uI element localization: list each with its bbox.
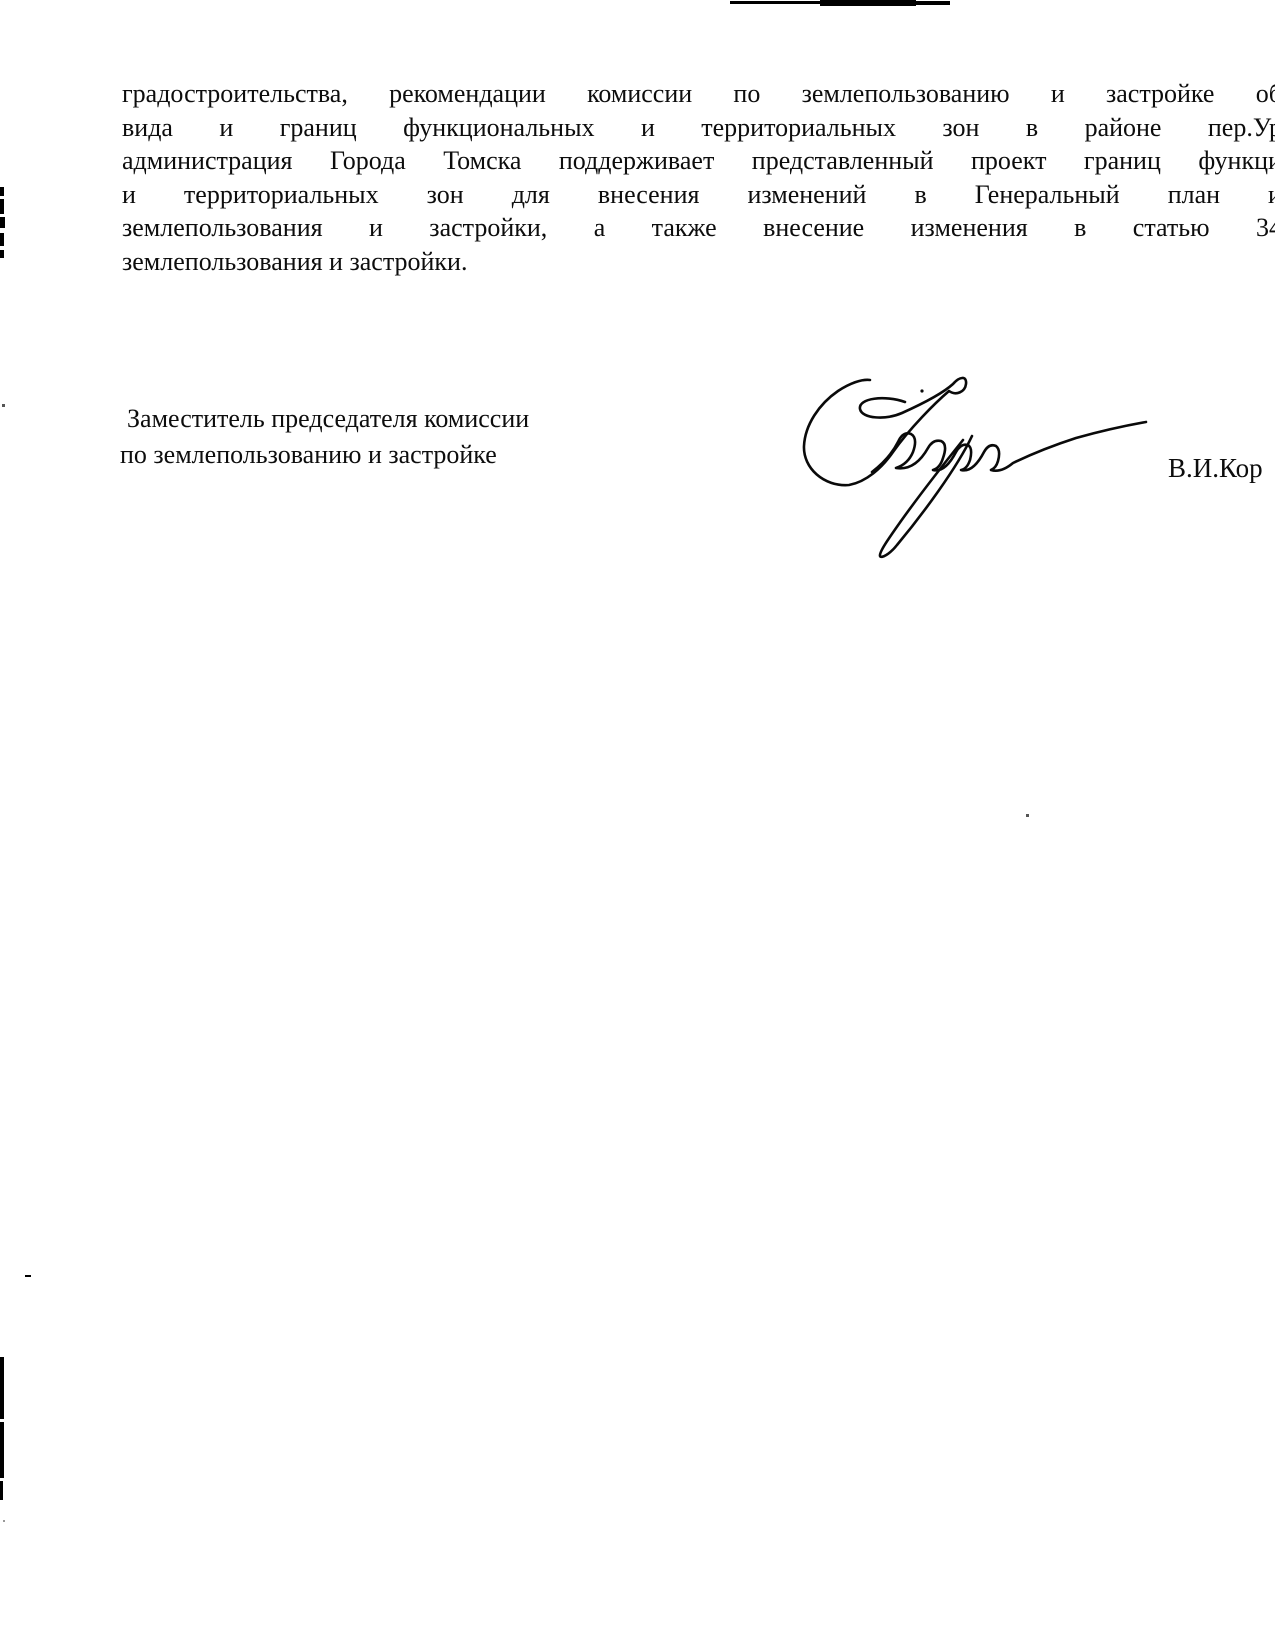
word: внесение: [763, 213, 864, 247]
word: и: [369, 213, 383, 247]
word: застройки,: [429, 213, 547, 247]
scan-artifact-speck: [25, 1275, 31, 1277]
word: администрация: [122, 146, 293, 180]
word: градостроительства,: [122, 79, 348, 113]
word: рекомендации: [389, 79, 546, 113]
word: и: [122, 180, 136, 214]
word: пер.Ур: [1208, 113, 1275, 147]
paragraph: градостроительства,рекомендациикомиссиип…: [122, 79, 1275, 281]
word: районе: [1085, 113, 1162, 147]
scan-artifact-left-bar: [0, 1422, 4, 1478]
word: функци: [1198, 146, 1275, 180]
scan-artifact-left-dash: [0, 199, 4, 214]
word: и: [1268, 180, 1275, 214]
word: функциональных: [403, 113, 594, 147]
word: 34: [1256, 213, 1275, 247]
word: изменений: [747, 180, 866, 214]
paragraph-line: градостроительства,рекомендациикомиссиип…: [122, 79, 1275, 113]
paragraph-line: землепользования и застройки.: [122, 247, 1275, 281]
line-text: землепользования и застройки.: [122, 247, 467, 281]
word: также: [652, 213, 717, 247]
scan-artifact-speck: [2, 404, 5, 407]
signer-name: В.И.Кор: [1168, 453, 1263, 484]
word: и: [1051, 79, 1065, 113]
word: границ: [280, 113, 357, 147]
word: в: [914, 180, 926, 214]
word: изменения: [911, 213, 1028, 247]
scan-artifact-top-strip: [820, 0, 916, 6]
word: а: [594, 213, 606, 247]
word: и: [641, 113, 655, 147]
word: в: [1074, 213, 1086, 247]
paragraph-line: итерриториальныхзондлявнесенияизмененийв…: [122, 180, 1275, 214]
word: проект: [971, 146, 1046, 180]
paragraph-line: администрацияГородаТомскаподдерживаетпре…: [122, 146, 1275, 180]
signer-title-line2: по землепользованию и застройке: [120, 440, 497, 470]
word: землепользования: [122, 213, 323, 247]
scan-artifact-left-dash: [0, 250, 4, 258]
scan-artifact-left-dash: [0, 217, 5, 228]
word: застройке: [1106, 79, 1214, 113]
word: границ: [1084, 146, 1161, 180]
word: внесения: [598, 180, 700, 214]
scan-artifact-top-strip: [730, 1, 822, 4]
word: об: [1256, 79, 1275, 113]
word: комиссии: [587, 79, 692, 113]
signer-title-line1: Заместитель председателя комиссии: [127, 404, 529, 434]
scan-artifact-left-dash: [0, 187, 4, 196]
handwritten-signature-icon: [770, 345, 1170, 575]
word: вида: [122, 113, 173, 147]
paragraph-line: видаиграницфункциональныхитерриториальны…: [122, 113, 1275, 147]
word: Города: [330, 146, 406, 180]
word: Томска: [443, 146, 521, 180]
word: землепользованию: [802, 79, 1010, 113]
word: Генеральный: [975, 180, 1120, 214]
word: территориальных: [701, 113, 896, 147]
word: зон: [942, 113, 979, 147]
word: и: [219, 113, 233, 147]
word: статью: [1133, 213, 1210, 247]
scan-artifact-left-bar: [0, 1481, 3, 1500]
word: по: [733, 79, 760, 113]
scan-artifact-left-bar: [0, 1357, 4, 1419]
scan-artifact-top-strip: [913, 1, 950, 5]
scan-artifact-speck: [3, 1520, 5, 1522]
word: представленный: [752, 146, 934, 180]
word: зон: [427, 180, 464, 214]
scan-artifact-speck: [1026, 814, 1029, 817]
scan-artifact-left-dash: [0, 233, 4, 246]
word: в: [1026, 113, 1038, 147]
word: территориальных: [184, 180, 379, 214]
scanned-document-page: градостроительства,рекомендациикомиссиип…: [0, 0, 1275, 1650]
paragraph-line: землепользованияизастройки,атакжевнесени…: [122, 213, 1275, 247]
word: план: [1168, 180, 1220, 214]
word: для: [512, 180, 550, 214]
word: поддерживает: [559, 146, 714, 180]
